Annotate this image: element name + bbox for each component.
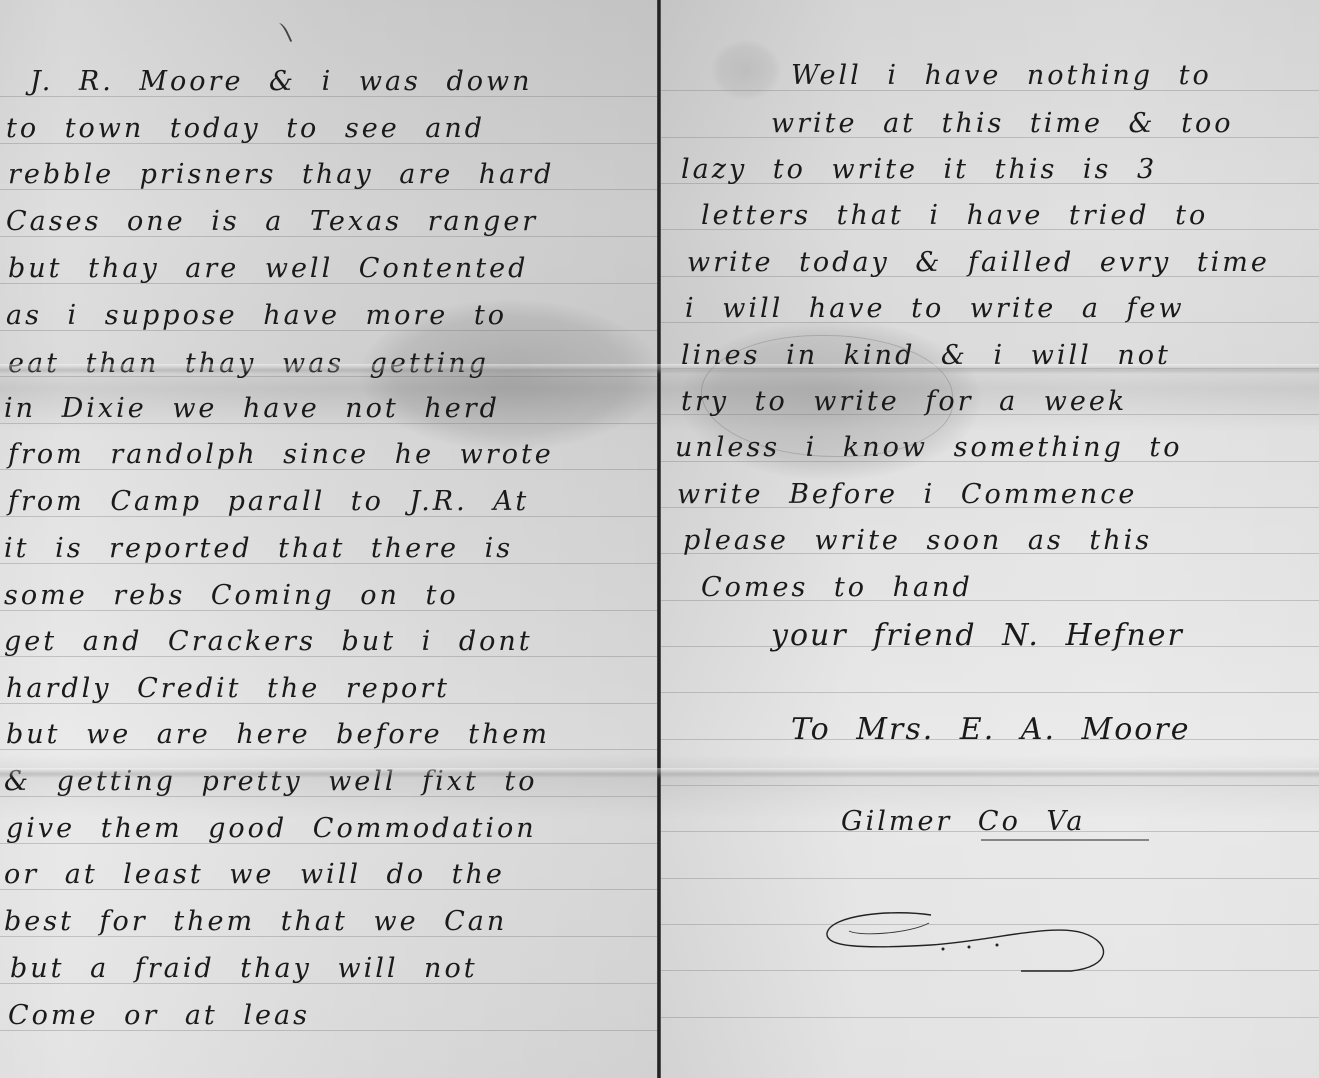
ink-mark [276,21,293,44]
rule-line [661,1017,1319,1018]
flourish-ornament [821,905,1121,995]
text-line: but we are here before them [6,719,550,750]
text-line: from randolph since he wrote [8,439,554,470]
text-line: but a fraid thay will not [10,953,478,984]
text-line: it is reported that there is [4,533,513,564]
text-line: Cases one is a Texas ranger [6,206,538,237]
address-recipient: To Mrs. E. A. Moore [791,712,1190,747]
text-line: to town today to see and [6,113,485,144]
text-line: write Before i Commence [677,479,1137,510]
text-line: Well i have nothing to [791,60,1212,91]
text-line: but thay are well Contented [8,253,528,284]
text-line: Come or at leas [8,1000,310,1031]
text-line: unless i know something to [675,432,1183,463]
right-page: Well i have nothing to write at this tim… [661,0,1319,1078]
text-line: i will have to write a few [685,293,1185,324]
horizontal-fold [0,364,1319,374]
text-line: write at this time & too [771,108,1234,139]
text-line: from Camp parall to J.R. At [8,486,529,517]
left-page: J. R. Moore & i was down to town today t… [0,0,657,1078]
text-line: some rebs Coming on to [4,580,459,611]
rule-line [661,692,1319,693]
water-stain [711,40,781,100]
text-line: in Dixie we have not herd [4,393,500,424]
rule-line [661,785,1319,786]
flourish-underline [831,820,1151,900]
text-line: try to write for a week [681,386,1127,417]
text-line: or at least we will do the [4,859,505,890]
horizontal-fold [0,768,1319,778]
text-line: Comes to hand [701,572,973,603]
text-line: give them good Commodation [6,813,537,844]
text-line: hardly Credit the report [6,673,450,704]
closing-signature: your friend N. Hefner [771,618,1184,653]
text-line: J. R. Moore & i was down [30,66,533,97]
text-line: write today & failled evry time [687,247,1270,278]
scanned-letter: J. R. Moore & i was down to town today t… [0,0,1319,1078]
text-line: get and Crackers but i dont [4,626,533,657]
text-line: as i suppose have more to [6,300,507,331]
text-line: rebble prisners thay are hard [8,159,554,190]
text-line: please write soon as this [683,525,1152,556]
text-line: best for them that we Can [4,906,507,937]
text-line: letters that i have tried to [701,200,1208,231]
text-line: lazy to write it this is 3 [681,154,1157,185]
